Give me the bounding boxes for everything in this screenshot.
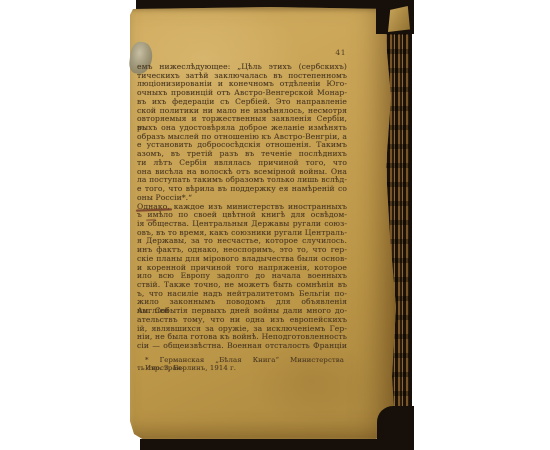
- footnote-line: ть стр. 3, Берлинъ, 1914 г.: [137, 364, 344, 372]
- footnote: * Германская „Бѣлая Книга“ Министерства …: [137, 356, 344, 373]
- book-page-photo: 41 емъ нижеслѣдующее: „Цѣль этихъ (сербс…: [0, 0, 550, 450]
- pencil-underline-mark: Однако,: [137, 203, 170, 212]
- dark-backdrop-bottom: [140, 439, 414, 450]
- text-line: сіи — общеизвѣстна. Военная отсталость Ф…: [137, 342, 347, 351]
- curled-page-corner: [388, 6, 410, 32]
- body-text: емъ нижеслѣдующее: „Цѣль этихъ (сербских…: [137, 63, 347, 351]
- book: 41 емъ нижеслѣдующее: „Цѣль этихъ (сербс…: [130, 0, 414, 450]
- page-number: 41: [137, 48, 346, 57]
